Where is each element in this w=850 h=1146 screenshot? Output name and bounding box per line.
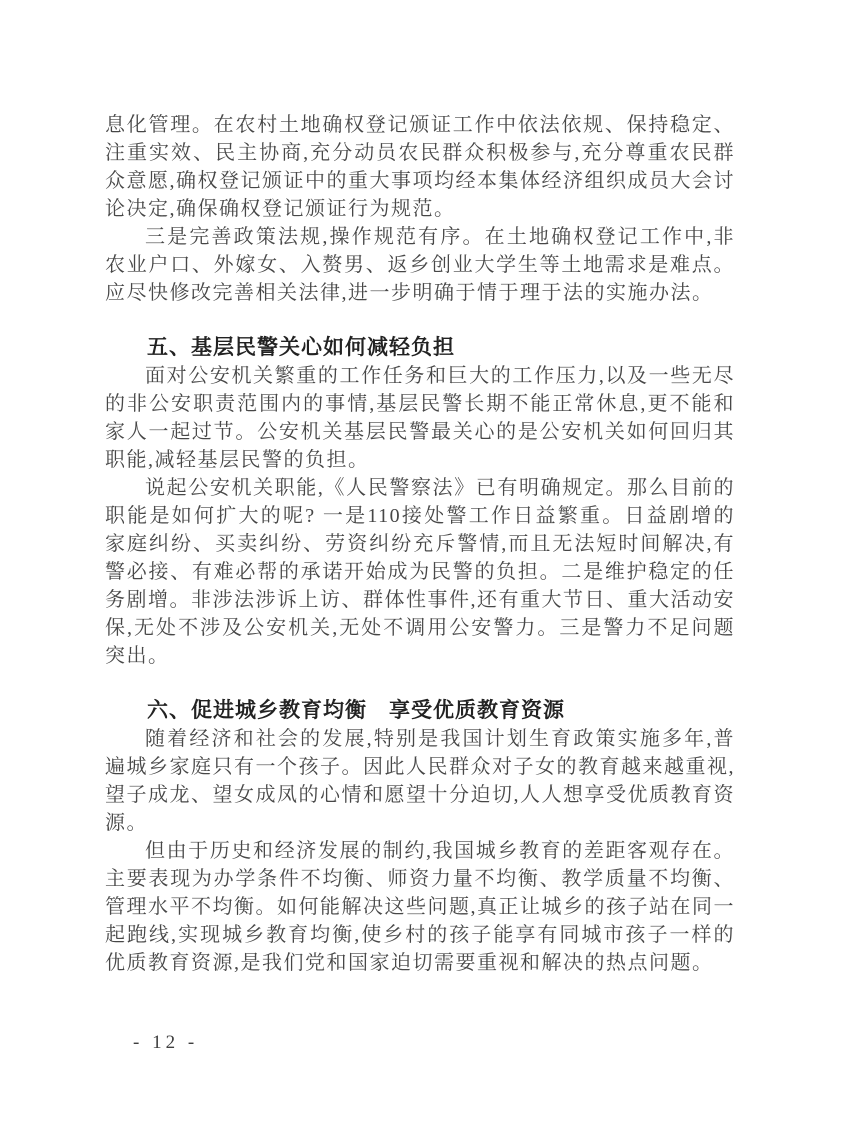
section-heading-6: 六、促进城乡教育均衡 享受优质教育资源 <box>105 697 735 725</box>
text-block: 息化管理。在农村土地确权登记颁证工作中依法依规、保持稳定、注重实效、民主协商,充… <box>105 111 735 977</box>
page-number: - 12 - <box>133 1032 198 1054</box>
paragraph: 随着经济和社会的发展,特别是我国计划生育政策实施多年,普遍城乡家庭只有一个孩子。… <box>105 725 735 837</box>
paragraph-continuation: 息化管理。在农村土地确权登记颁证工作中依法依规、保持稳定、注重实效、民主协商,充… <box>105 111 735 223</box>
paragraph: 面对公安机关繁重的工作任务和巨大的工作压力,以及一些无尽的非公安职责范围内的事情… <box>105 362 735 474</box>
paragraph: 说起公安机关职能,《人民警察法》已有明确规定。那么目前的职能是如何扩大的呢? 一… <box>105 474 735 670</box>
document-page: 息化管理。在农村土地确权登记颁证工作中依法依规、保持稳定、注重实效、民主协商,充… <box>0 0 850 1146</box>
paragraph: 三是完善政策法规,操作规范有序。在土地确权登记工作中,非农业户口、外嫁女、入赘男… <box>105 223 735 307</box>
paragraph: 但由于历史和经济发展的制约,我国城乡教育的差距客观存在。主要表现为办学条件不均衡… <box>105 837 735 977</box>
section-heading-5: 五、基层民警关心如何减轻负担 <box>105 334 735 362</box>
